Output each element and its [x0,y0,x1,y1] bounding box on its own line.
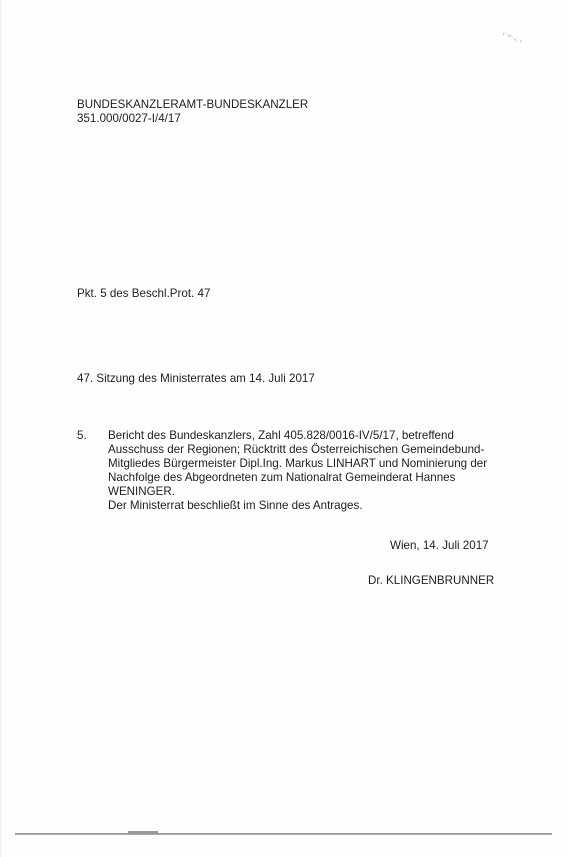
agenda-item-line: Mitgliedes Bürgermeister Dipl.Ing. Marku… [108,457,498,471]
document-page: ᵛ˙ʷ·ᵥ.ₛ BUNDESKANZLERAMT-BUNDESKANZLER 3… [0,0,567,857]
place-and-date: Wien, 14. Juli 2017 [390,539,489,553]
agenda-item-line: Bericht des Bundeskanzlers, Zahl 405.828… [108,429,498,443]
document-header: BUNDESKANZLERAMT-BUNDESKANZLER 351.000/0… [77,98,308,126]
signatory: Dr. KLINGENBRUNNER [368,574,494,588]
agenda-item-body: Bericht des Bundeskanzlers, Zahl 405.828… [108,429,498,513]
session-title: 47. Sitzung des Ministerrates am 14. Jul… [77,372,315,386]
resolution-line: Der Ministerrat beschließt im Sinne des … [108,499,498,513]
office-name: BUNDESKANZLERAMT-BUNDESKANZLER [77,98,308,112]
agenda-item-line: Nachfolge des Abgeordneten zum Nationalr… [108,471,498,485]
reference-number: 351.000/0027-I/4/17 [77,112,308,126]
handwritten-mark: ᵛ˙ʷ·ᵥ.ₛ [498,28,543,61]
footer-divider-smudge [128,831,158,833]
agenda-item-line: WENINGER. [108,485,498,499]
protocol-point-reference: Pkt. 5 des Beschl.Prot. 47 [77,287,210,301]
scan-edge-shadow [0,0,2,857]
footer-divider [15,833,552,835]
agenda-item-number: 5. [77,429,87,443]
agenda-item-line: Ausschuss der Regionen; Rücktritt des Ös… [108,443,498,457]
